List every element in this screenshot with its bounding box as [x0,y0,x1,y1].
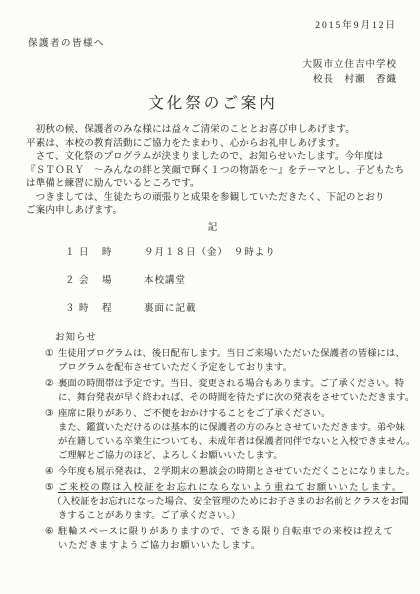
sender-principal: 校長 村瀬 香織 [26,73,397,88]
record-heading: 記 [26,221,400,235]
note-line: いただきますようご協力お願いいたします。 [26,539,400,553]
body-line: 初秋の候、保護者のみな様には益々ご清栄のこととお喜び申しあげます。 [26,124,400,138]
record-item-value: 本校講堂 [144,275,186,289]
note-marker: ⑥ [45,525,58,539]
note-marker: ④ [45,465,58,479]
note-line: ④今年度も展示発表は、２学期末の懇談会の時期とさせていただくことになりました。 [26,465,400,479]
body-line: 平素は、本校の教育活動にご協力をたまわり、心からお礼申しあげます。 [26,138,400,152]
note-text: 裏面の時間帯は予定です。当日、変更される場合もあります。ご了承ください。特 [58,379,404,389]
record-item-label: 時 程 [79,303,131,317]
notes-list: ①生徒用プログラムは、後日配布します。当日ご来場いただいた保護者の皆様には、 プ… [26,347,400,553]
note-line: きすることがあります。ご了承ください。） [26,509,400,523]
record-item-value: ９月１８日（金） ９時より [144,247,276,261]
note-item-2: ②裏面の時間帯は予定です。当日、変更される場合もあります。ご了承ください。特 に… [26,377,400,405]
record-row-schedule: ３ 時 程 裏面に記載 [26,303,400,317]
note-line: に、舞台発表が早く終われば、その時間を待たずに次の発表をさせていただきます。 [26,391,400,405]
document-page: 2015年9月12日 保護者の皆様へ 大阪市立住吉中学校 校長 村瀬 香織 文化… [0,0,420,594]
note-line: また、鑑賞いただけるのは基本的に保護者の方のみとさせていただきます。弟や妹 [26,421,400,435]
note-item-3: ③座席に限りがあり、ご不便をおかけすることをご了承ください。 また、鑑賞いただけ… [26,407,400,463]
record-item-number: ３ [65,303,79,317]
record-item-label: 会 場 [79,275,131,289]
note-item-1: ①生徒用プログラムは、後日配布します。当日ご来場いただいた保護者の皆様には、 プ… [26,347,400,375]
sender-school: 大阪市立住吉中学校 [26,58,397,73]
record-row-venue: ２ 会 場 本校講堂 [26,275,400,289]
note-line: ①生徒用プログラムは、後日配布します。当日ご来場いただいた保護者の皆様には、 [26,347,400,361]
record-item-value: 裏面に記載 [144,303,197,317]
document-date: 2015年9月12日 [26,20,400,33]
note-marker: ② [45,377,58,391]
note-line: （入校証をお忘れになった場合、安全管理のためにお子さまのお名前とクラスをお聞 [26,495,400,509]
body-line: 『ＳＴＯＲＹ ～みんなの絆と笑顔で輝く１つの物語を～』をテーマとし、子どもたち [26,165,400,179]
body-line: ご案内申しあげます。 [26,205,400,219]
note-text: 駐輪スペースに限りがありますので、できる限り自転車での来校は控えて [58,527,394,537]
record-list: １ 日 時 ９月１８日（金） ９時より ２ 会 場 本校講堂 ３ 時 程 裏面に… [26,247,400,317]
body-line: は準備と練習に励んでいるところです。 [26,178,400,192]
record-item-label: 日 時 [79,247,131,261]
note-marker: ① [45,347,58,361]
document-title: 文化祭のご案内 [26,93,400,115]
note-line: ⑥駐輪スペースに限りがありますので、できる限り自転車での来校は控えて [26,525,400,539]
sender-block: 大阪市立住吉中学校 校長 村瀬 香織 [26,58,400,88]
record-row-datetime: １ 日 時 ９月１８日（金） ９時より [26,247,400,261]
note-line: ③座席に限りがあり、ご不便をおかけすることをご了承ください。 [26,407,400,421]
note-item-5: ⑤ご来校の際は入校証をお忘れにならないよう重ねてお願いいたします。 （入校証をお… [26,481,400,523]
note-line: プログラムを配布させていただく予定をしております。 [26,361,400,375]
body-line: つきましては、生徒たちの頑張りと成果を参観していただきたく、下記のとおり [26,192,400,206]
note-line: ⑤ご来校の際は入校証をお忘れにならないよう重ねてお願いいたします。 [26,481,400,495]
note-text: 座席に限りがあり、ご不便をおかけすることをご了承ください。 [58,409,331,419]
note-line: ご理解とご協力のほど、よろしくお願いいたします。 [26,449,400,463]
recipient: 保護者の皆様へ [26,38,400,51]
note-text: 生徒用プログラムは、後日配布します。当日ご来場いただいた保護者の皆様には、 [58,349,405,359]
note-item-4: ④今年度も展示発表は、２学期末の懇談会の時期とさせていただくことになりました。 [26,465,400,479]
record-item-number: ２ [65,275,79,289]
notes-heading: お知らせ [26,331,400,345]
note-marker: ⑤ [45,481,58,495]
note-item-6: ⑥駐輪スペースに限りがありますので、できる限り自転車での来校は控えて いただきま… [26,525,400,553]
note-text-underlined: ご来校の際は入校証をお忘れにならないよう重ねてお願いいたします。 [58,483,403,493]
record-item-number: １ [65,247,79,261]
body-line: さて、文化祭のプログラムが決まりましたので、お知らせいたします。今年度は [26,151,400,165]
body-text: 初秋の候、保護者のみな様には益々ご清栄のこととお喜び申しあげます。 平素は、本校… [26,124,400,219]
note-line: が在籍している卒業生についても、未成年者は保護者同伴でないと入校できません。 [26,435,400,449]
note-text: 今年度も展示発表は、２学期末の懇談会の時期とさせていただくことになりました。 [58,467,415,477]
note-marker: ③ [45,407,58,421]
note-line: ②裏面の時間帯は予定です。当日、変更される場合もあります。ご了承ください。特 [26,377,400,391]
